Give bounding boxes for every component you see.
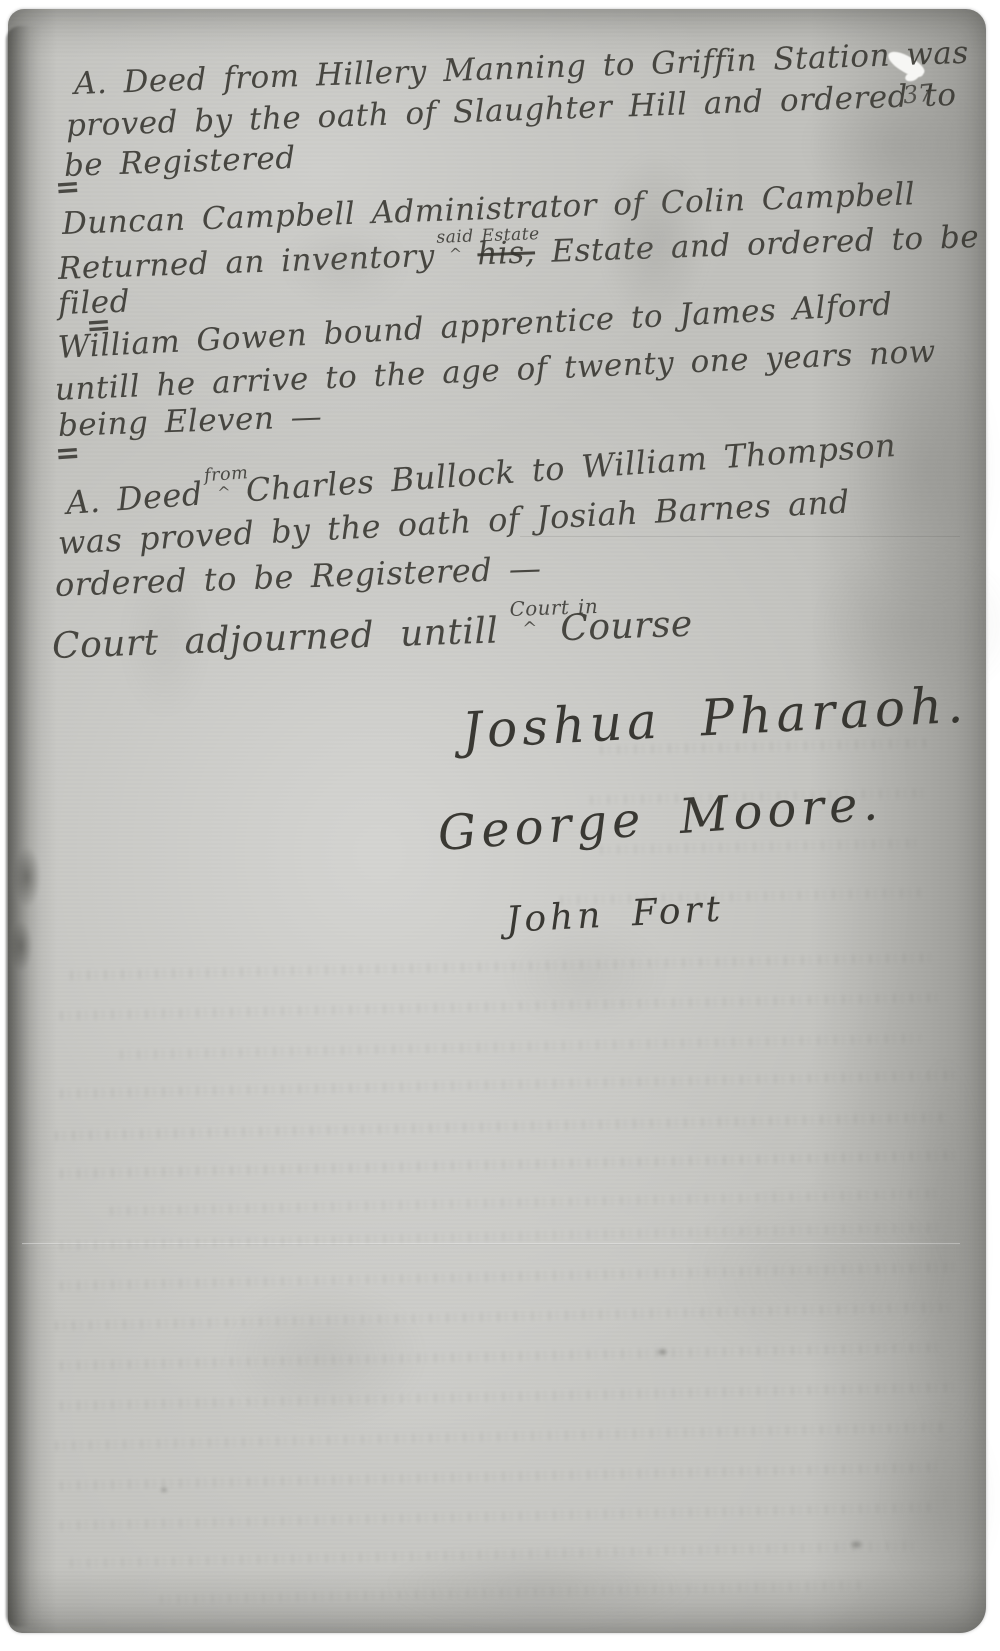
- adjournment-interlinear-anchor: Court in ^: [524, 605, 535, 641]
- entry4-interlinear-anchor: from ^: [218, 471, 230, 504]
- scanned-manuscript-page: 37 A. Deed from Hillery Manning to Griff…: [0, 0, 1000, 1651]
- entry1-separator-mark: =: [54, 169, 82, 206]
- entry2-interlinear-anchor: said Estate ^: [450, 234, 461, 265]
- entry3-separator-mark: =: [54, 435, 82, 472]
- entry4-caret-mark: ^: [217, 482, 232, 502]
- entry2-caret-mark: ^: [449, 245, 463, 263]
- adjournment-caret-mark: ^: [522, 618, 538, 640]
- entry2-interlinear-insertion: said Estate: [436, 224, 540, 248]
- adjournment-interlinear-insertion: Court in: [509, 595, 598, 621]
- binding-edge-shadow: [6, 26, 40, 1627]
